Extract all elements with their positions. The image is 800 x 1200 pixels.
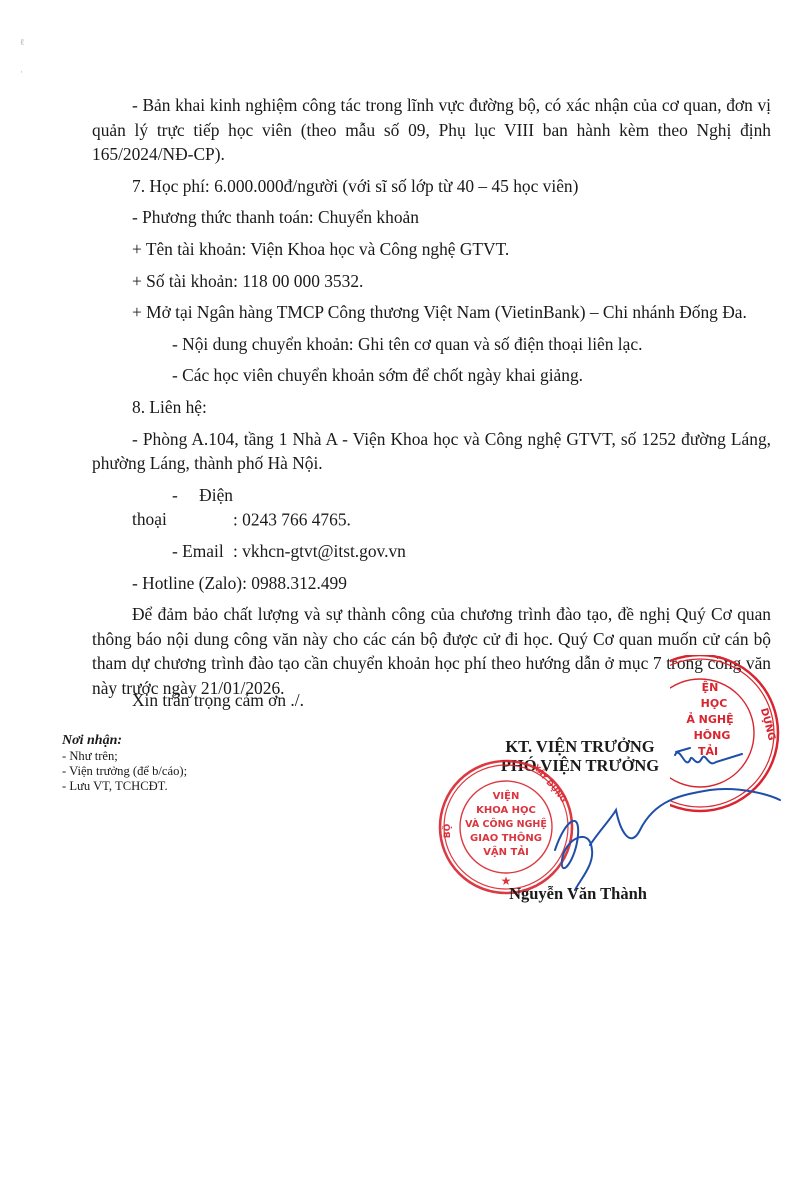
- scan-artifact: ℓ: [20, 37, 24, 47]
- paragraph-bank: + Mở tại Ngân hàng TMCP Công thương Việt…: [92, 300, 771, 325]
- paragraph-transfer-early: - Các học viên chuyển khoản sớm để chốt …: [92, 363, 771, 388]
- recipient-item: - Như trên;: [62, 749, 187, 764]
- paragraph-contact-address: - Phòng A.104, tầng 1 Nhà A - Viện Khoa …: [92, 427, 771, 476]
- recipients-block: Nơi nhận: - Như trên; - Viện trưởng (để …: [62, 732, 187, 794]
- paragraph-payment-method: - Phương thức thanh toán: Chuyển khoản: [92, 205, 771, 230]
- contact-email: - Email: vkhcn-gtvt@itst.gov.vn: [92, 539, 771, 564]
- phone-value: : 0243 766 4765.: [233, 509, 351, 529]
- paragraph-experience-declaration: - Bản khai kinh nghiệm công tác trong lĩ…: [92, 93, 771, 167]
- partial-stamp-line: HỌC: [701, 697, 728, 710]
- recipient-item: - Viện trưởng (để b/cáo);: [62, 764, 187, 779]
- paragraph-account-number: + Số tài khoản: 118 00 000 3532.: [92, 269, 771, 294]
- email-label: - Email: [132, 539, 233, 564]
- contact-hotline: - Hotline (Zalo): 0988.312.499: [92, 571, 771, 596]
- email-value: : vkhcn-gtvt@itst.gov.vn: [233, 541, 406, 561]
- scan-artifact: ·: [20, 67, 23, 77]
- contact-phone: - Điện thoại: 0243 766 4765.: [92, 483, 771, 532]
- partial-stamp-line: Ả NGHỆ: [686, 712, 733, 726]
- closing-line: Xin trân trọng cảm ơn ./.: [132, 690, 304, 711]
- paragraph-account-name: + Tên tài khoản: Viện Khoa học và Công n…: [92, 237, 771, 262]
- paragraph-tuition: 7. Học phí: 6.000.000đ/người (với sĩ số …: [92, 174, 771, 199]
- document-body: - Bản khai kinh nghiệm công tác trong lĩ…: [92, 93, 771, 700]
- phone-label: - Điện thoại: [132, 483, 233, 532]
- paragraph-contact-heading: 8. Liên hệ:: [92, 395, 771, 420]
- recipients-title: Nơi nhận:: [62, 732, 187, 749]
- stamp-ring-left: BỘ: [442, 823, 453, 838]
- partial-stamp-line: ỆN: [702, 681, 719, 694]
- signer-name: Nguyễn Văn Thành: [473, 884, 683, 904]
- handwritten-signature-icon: [480, 740, 800, 900]
- paragraph-transfer-content: - Nội dung chuyển khoản: Ghi tên cơ quan…: [92, 332, 771, 357]
- recipient-item: - Lưu VT, TCHCĐT.: [62, 779, 187, 794]
- document-page: ℓ · - Bản khai kinh nghiệm công tác tron…: [0, 0, 800, 1200]
